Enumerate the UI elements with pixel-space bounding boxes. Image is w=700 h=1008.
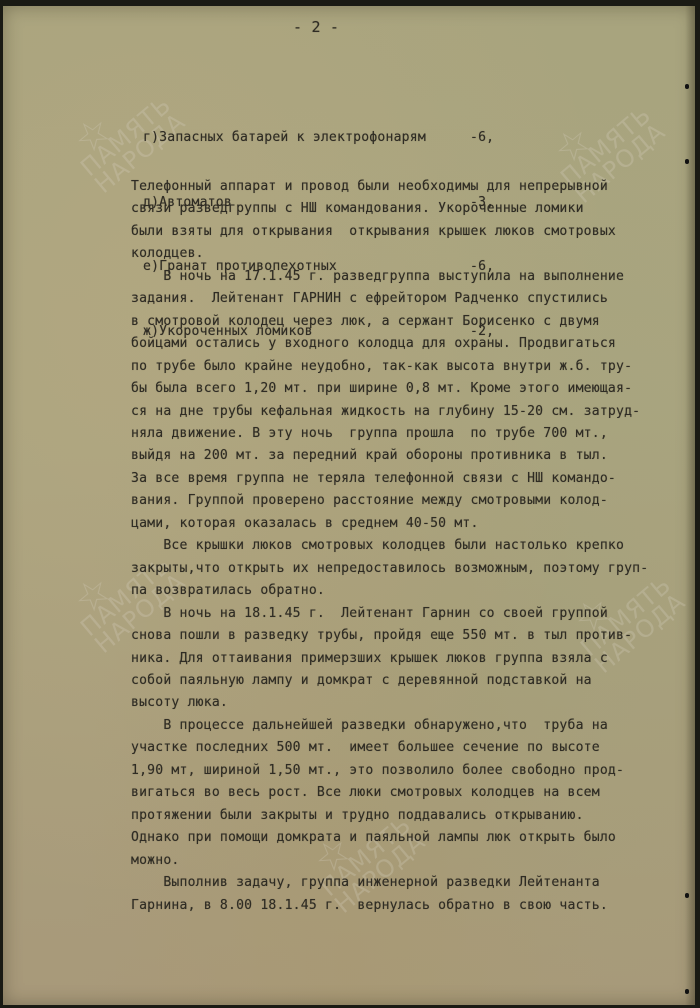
text-line: В ночь на 17.1.45 г. разведгруппа выступ… — [131, 266, 648, 288]
star-icon: ☆ — [552, 86, 640, 165]
text-line: Телефонный аппарат и провод были необход… — [131, 176, 648, 198]
list-item: г)Запасных батарей к электрофонарям -6, — [143, 127, 494, 149]
text-line: Гарнина, в 8.00 18.1.45 г. вернулась обр… — [131, 895, 648, 917]
text-line: в смотровой колодец через люк, а сержант… — [131, 311, 648, 333]
report-body: Телефонный аппарат и провод были необход… — [131, 176, 648, 917]
text-line: ся на дне трубы кефальная жидкость на гл… — [131, 401, 648, 423]
text-line: выйдя на 200 мт. за передний край оборон… — [131, 445, 648, 467]
text-line: няла движение. В эту ночь группа прошла … — [131, 423, 648, 445]
binding-hole — [685, 893, 689, 898]
text-line: вания. Группой проверено расстояние межд… — [131, 490, 648, 512]
text-line: па возвратилась обратно. — [131, 580, 648, 602]
item-quantity: -6, — [470, 127, 494, 149]
binding-hole — [685, 989, 689, 994]
text-line: За все время группа не теряла телефонной… — [131, 468, 648, 490]
item-label: г)Запасных батарей к электрофонарям — [143, 127, 470, 149]
text-line: высоту люка. — [131, 692, 648, 714]
text-line: вигаться во весь рост. Все люки смотровы… — [131, 782, 648, 804]
text-line: снова пошли в разведку трубы, пройдя еще… — [131, 625, 648, 647]
binding-hole — [685, 159, 689, 164]
text-line: можно. — [131, 850, 648, 872]
text-line: ника. Для оттаивания примерзших крышек л… — [131, 648, 648, 670]
text-line: были взяты для открывания открывания кры… — [131, 221, 648, 243]
text-line: по трубе было крайне неудобно, так-как в… — [131, 356, 648, 378]
page-number: - 2 - — [293, 18, 339, 36]
text-line: В процессе дальнейшей разведки обнаружен… — [131, 715, 648, 737]
text-line: закрыты,что открыть их непредоставилось … — [131, 558, 648, 580]
text-line: связи разведгруппы с НШ командования. Ук… — [131, 198, 648, 220]
text-line: Все крышки люков смотровых колодцев были… — [131, 535, 648, 557]
text-line: В ночь на 18.1.45 г. Лейтенант Гарнин со… — [131, 603, 648, 625]
text-line: бы была всего 1,20 мт. при ширине 0,8 мт… — [131, 378, 648, 400]
text-line: Выполнив задачу, группа инженерной разве… — [131, 872, 648, 894]
text-line: Однако при помощи домкрата и паяльной ла… — [131, 827, 648, 849]
page-edge-shadow — [685, 6, 695, 1005]
text-line: протяжении были закрыты и трудно поддава… — [131, 805, 648, 827]
text-line: бойцами остались у входного колодца для … — [131, 333, 648, 355]
document-page: ☆ ПАМЯТЬНАРОДА ☆ ПАМЯТЬНАРОДА ☆ ПАМЯТЬНА… — [3, 6, 695, 1005]
text-line: задания. Лейтенант ГАРНИН с ефрейтором Р… — [131, 288, 648, 310]
binding-hole — [685, 84, 689, 89]
text-line: цами, которая оказалась в среднем 40-50 … — [131, 513, 648, 535]
text-line: участке последних 500 мт. имеет большее … — [131, 737, 648, 759]
text-line: собой паяльную лампу и домкрат с деревян… — [131, 670, 648, 692]
text-line: 1,90 мт, шириной 1,50 мт., это позволило… — [131, 760, 648, 782]
text-line: колодцев. — [131, 243, 648, 265]
